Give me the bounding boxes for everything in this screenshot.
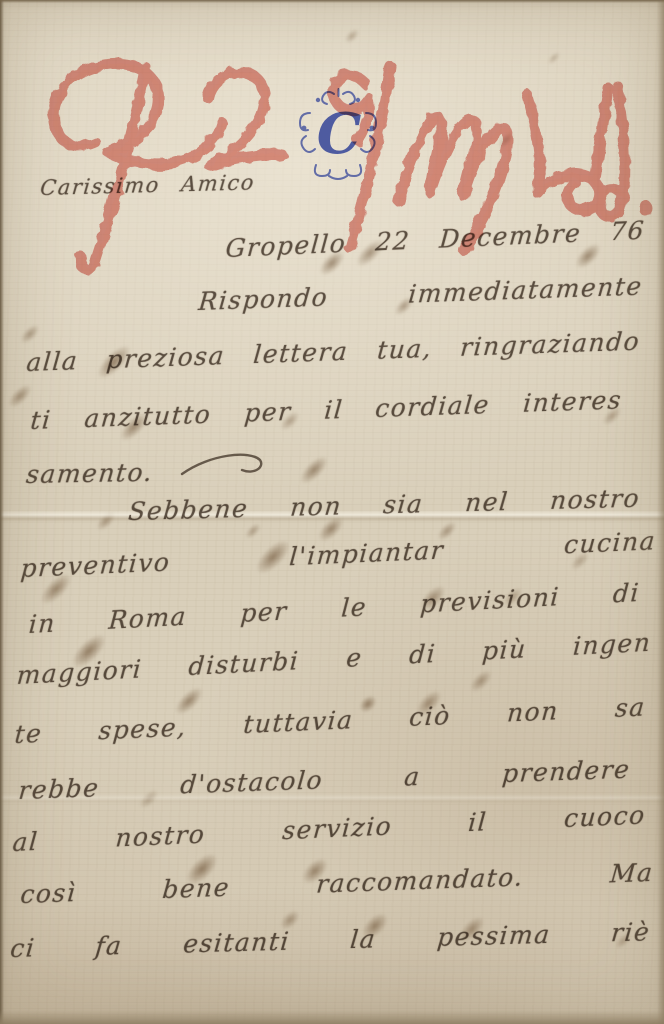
handwritten-line-body: Rispondoimmediatamente xyxy=(198,271,644,316)
handwritten-line-body: rebbed'ostacoloaprendere xyxy=(18,755,631,805)
handwriting-layer: CarissimoAmicoGropello22Decembre76Rispon… xyxy=(0,0,664,1024)
handwritten-line-body: cosìbeneraccomandato.Ma xyxy=(20,858,655,909)
handwritten-line-body: tespese,tuttaviaciònonsa xyxy=(14,692,647,749)
handwritten-line-dateline: Gropello22Decembre76 xyxy=(225,216,646,263)
handwritten-line-body: preventivol'impiantarcucina xyxy=(20,526,657,583)
handwritten-line-body: samento. xyxy=(26,456,236,489)
letter-page: C xyxy=(0,0,664,1024)
handwritten-line-body: Sebbenenonsianelnostro xyxy=(128,484,641,526)
handwritten-line-body: alnostroservizioilcuoco xyxy=(12,800,647,857)
handwritten-line-body: cifaesitantilapessimariè xyxy=(10,917,651,963)
handwritten-line-salutation: CarissimoAmico xyxy=(40,170,256,200)
handwritten-line-body: tianzituttoperilcordialeinteres xyxy=(30,385,623,435)
handwritten-line-body: maggioridisturbiedipiùingen xyxy=(16,628,653,690)
handwritten-line-body: allapreziosaletteratua,ringraziando xyxy=(26,327,641,377)
handwritten-line-body: inRomaperleprevisionidi xyxy=(28,578,641,639)
